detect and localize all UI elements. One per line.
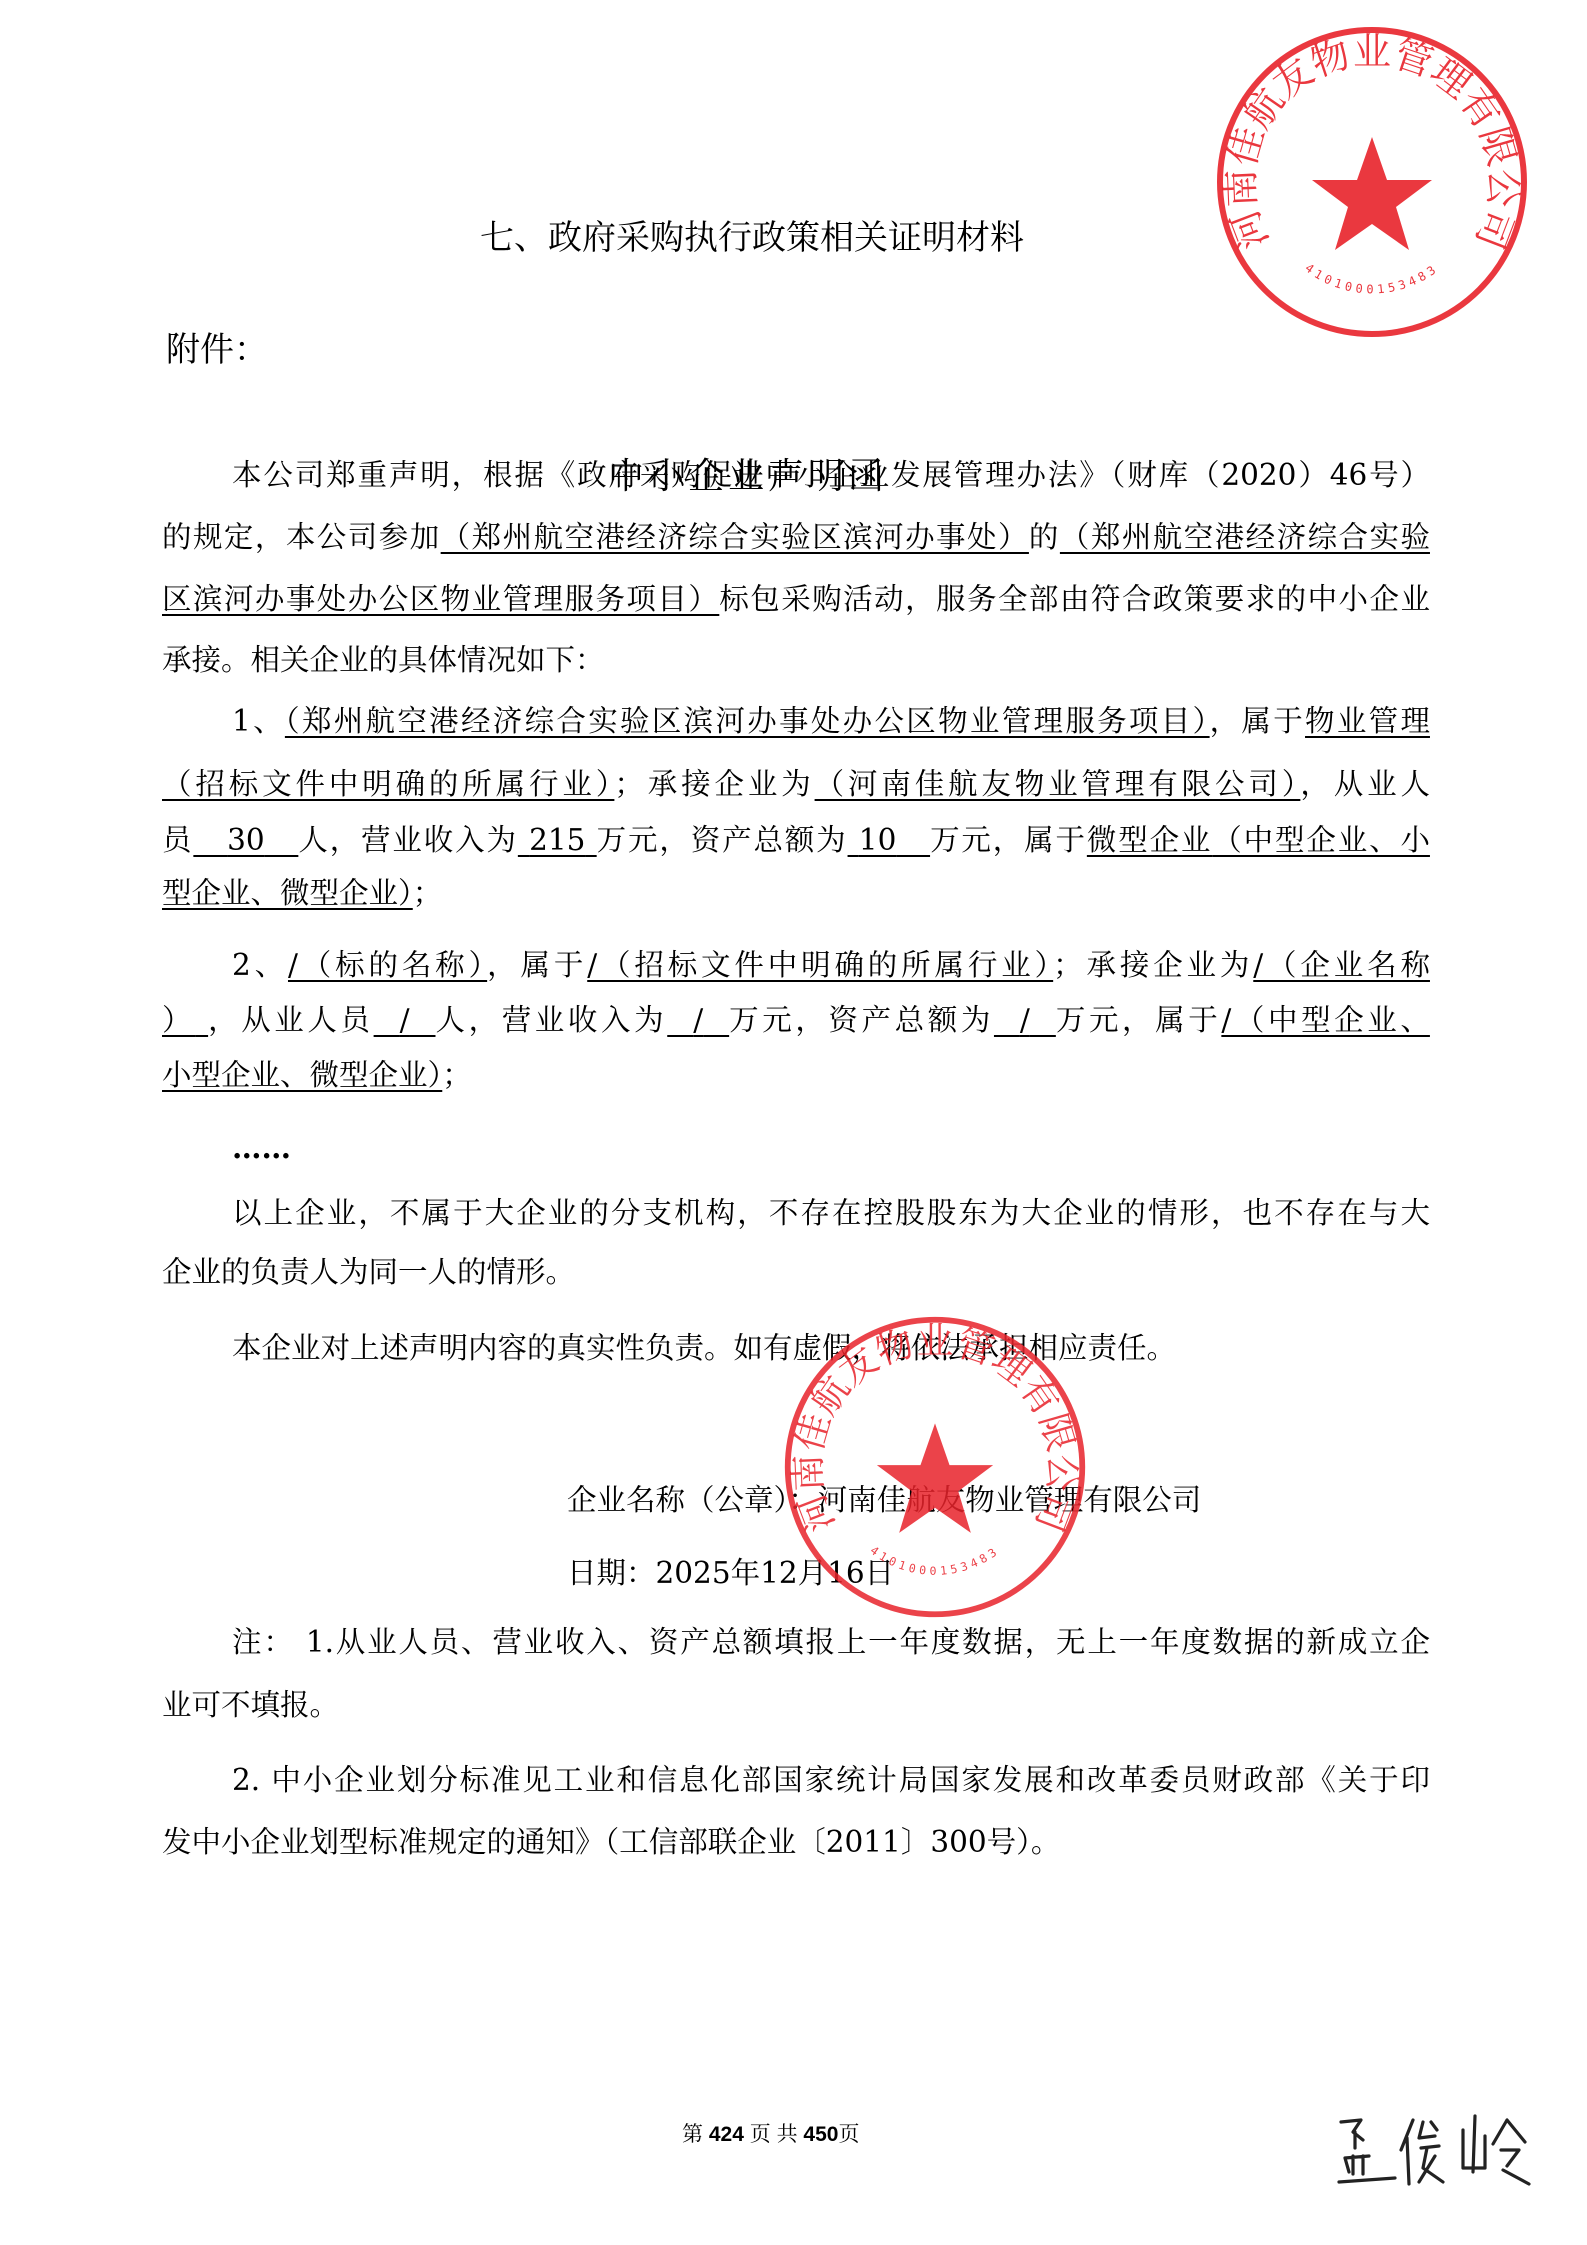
- employees-value: /: [400, 1003, 410, 1037]
- revenue-value: 215: [529, 823, 585, 857]
- item2-line-3: 小型企业、微型企业）；: [162, 1057, 472, 1093]
- note2-line-2: 发中小企业划型标准规定的通知》（工信部联企业〔2011〕300号）。: [162, 1824, 1060, 1860]
- item-number: 2、: [232, 948, 288, 982]
- intro-text: 的规定，本公司参加: [162, 520, 441, 554]
- project-field-part1: （郑州航空港经济综合实验: [1060, 520, 1430, 554]
- purchaser-field: （郑州航空港经济综合实验区滨河办事处）: [441, 520, 1029, 554]
- revenue-value: /: [693, 1003, 703, 1037]
- intro-line-4: 承接。相关企业的具体情况如下：: [162, 642, 605, 678]
- intro-line-2: 的规定，本公司参加（郑州航空港经济综合实验区滨河办事处）的（郑州航空港经济综合实…: [162, 519, 1430, 555]
- svg-text:河南佳航友物业管理有限公司: 河南佳航友物业管理有限公司: [1218, 30, 1525, 255]
- date-value: 2025年12月16日: [656, 1556, 895, 1590]
- item1-scale-field: 微型企业（中型企业、小: [1087, 823, 1430, 857]
- item1-revenue-field: 215: [518, 823, 597, 857]
- item-text: ，属于: [487, 948, 587, 982]
- document-page: 七、政府采购执行政策相关证明材料 附件： 中小企业声明函 本公司郑重声明，根据《…: [0, 0, 1587, 2245]
- item-text: ，从业人: [1300, 767, 1430, 801]
- item2-scale-field-end: 小型企业、微型企业）: [162, 1058, 442, 1092]
- handwritten-signature: [1335, 2110, 1535, 2195]
- current-page-number: 424: [709, 2123, 744, 2146]
- item2-contractor-field: /（企业名称: [1253, 948, 1430, 982]
- item-text: ；承接企业为: [1053, 948, 1253, 982]
- item-text: ；: [413, 876, 443, 910]
- item2-line-1: 2、/（标的名称），属于/（招标文件中明确的所属行业）；承接企业为/（企业名称: [232, 947, 1430, 983]
- project-field-part2: 区滨河办事处办公区物业管理服务项目）: [162, 582, 719, 616]
- item2-industry-field: /（招标文件中明确的所属行业）: [587, 948, 1053, 982]
- item-text: 人，营业收入为: [436, 1003, 668, 1037]
- item-text: ；: [442, 1058, 472, 1092]
- item-text: 万元，属于: [1056, 1003, 1222, 1037]
- item-text: ，属于: [1210, 704, 1305, 738]
- item2-employees-field: /: [374, 1003, 436, 1037]
- company-seal-stamp-top: 河南佳航友物业管理有限公司 4101000153483: [1212, 22, 1532, 342]
- item1-employees-field: 30: [193, 823, 298, 857]
- assets-value: 10: [859, 823, 897, 857]
- item1-assets-field: 10: [848, 823, 931, 857]
- footer-text: 页: [838, 2123, 859, 2146]
- item2-subject-field: /（标的名称）: [288, 948, 487, 982]
- item-text: 人，营业收入为: [298, 823, 518, 857]
- note2-line-1: 2. 中小企业划分标准见工业和信息化部国家统计局国家发展和改革委员财政部《关于印: [232, 1762, 1430, 1798]
- intro-line-3: 区滨河办事处办公区物业管理服务项目）标包采购活动，服务全部由符合政策要求的中小企…: [162, 581, 1430, 617]
- total-pages-number: 450: [803, 2123, 838, 2146]
- statement-line-3: 本企业对上述声明内容的真实性负责。如有虚假，将依法承担相应责任。: [232, 1330, 1176, 1366]
- scale-value: 微型企业: [1087, 823, 1212, 857]
- footer-text: 页 共: [750, 2123, 798, 2146]
- intro-text: 的: [1029, 520, 1060, 554]
- intro-text: 标包采购活动，服务全部由符合政策要求的中小企业: [719, 582, 1430, 616]
- note1-line-2: 业可不填报。: [162, 1687, 339, 1723]
- assets-value: /: [1020, 1003, 1030, 1037]
- employees-value: 30: [227, 823, 265, 857]
- item2-contractor-field-end: ）: [162, 1003, 208, 1037]
- item1-line-1: 1、（郑州航空港经济综合实验区滨河办事处办公区物业管理服务项目），属于物业管理: [232, 703, 1430, 739]
- date-line: 日期：2025年12月16日: [567, 1550, 894, 1592]
- company-label: 企业名称（公章）：: [567, 1483, 818, 1517]
- attachment-label: 附件：: [166, 322, 268, 371]
- scale-hint: （中型企业、小: [1212, 823, 1430, 857]
- item-text: 员: [162, 823, 193, 857]
- note1-line-1: 注： 1.从业人员、营业收入、资产总额填报上一年度数据，无上一年度数据的新成立企: [232, 1624, 1430, 1660]
- item-text: ，从业人员: [208, 1003, 374, 1037]
- footer-text: 第: [682, 2123, 703, 2146]
- section-title: 七、政府采购执行政策相关证明材料: [480, 210, 1024, 259]
- intro-text: 本公司郑重声明，根据《政府采购促进中小企业发展管理办法》（财库（2020）46号…: [232, 458, 1430, 492]
- svg-text:4101000153483: 4101000153483: [1303, 261, 1442, 297]
- item-text: 万元，资产总额为: [597, 823, 848, 857]
- item1-line-3: 员 30 人，营业收入为 215 万元，资产总额为 10 万元，属于微型企业（中…: [162, 822, 1430, 858]
- item1-contractor-field: （河南佳航友物业管理有限公司）: [815, 767, 1301, 801]
- item2-revenue-field: /: [667, 1003, 729, 1037]
- item1-line-2: （招标文件中明确的所属行业）；承接企业为（河南佳航友物业管理有限公司），从业人: [162, 766, 1430, 802]
- item2-assets-field: /: [994, 1003, 1056, 1037]
- item1-industry-hint: （招标文件中明确的所属行业）: [162, 767, 614, 801]
- item1-industry-field: 物业管理: [1305, 704, 1430, 738]
- item1-line-4: 型企业、微型企业）；: [162, 875, 442, 911]
- page-footer: 第 424 页 共 450页: [682, 2118, 859, 2148]
- item-text: 万元，资产总额为: [729, 1003, 994, 1037]
- date-label: 日期：: [567, 1556, 656, 1590]
- company-name: 河南佳航友物业管理有限公司: [818, 1483, 1202, 1517]
- item-number: 1、: [232, 704, 285, 738]
- item-text: ；承接企业为: [614, 767, 814, 801]
- intro-line-1: 本公司郑重声明，根据《政府采购促进中小企业发展管理办法》（财库（2020）46号…: [232, 457, 1430, 493]
- item-text: 万元，属于: [930, 823, 1087, 857]
- star-icon: [1312, 137, 1432, 250]
- contractor-end: ）: [162, 1003, 195, 1037]
- item1-subject-field: （郑州航空港经济综合实验区滨河办事处办公区物业管理服务项目）: [285, 704, 1210, 738]
- statement-line-1: 以上企业，不属于大企业的分支机构，不存在控股股东为大企业的情形，也不存在与大: [232, 1195, 1430, 1231]
- ellipsis: ……: [232, 1130, 291, 1166]
- company-line: 企业名称（公章）：河南佳航友物业管理有限公司: [567, 1477, 1201, 1519]
- item1-scale-hint: 型企业、微型企业）: [162, 876, 413, 910]
- item2-line-2: ） ，从业人员 / 人，营业收入为 / 万元，资产总额为 / 万元，属于/（中型…: [162, 1002, 1430, 1038]
- statement-line-2: 企业的负责人为同一人的情形。: [162, 1254, 575, 1290]
- item2-scale-field: /（中型企业、: [1221, 1003, 1430, 1037]
